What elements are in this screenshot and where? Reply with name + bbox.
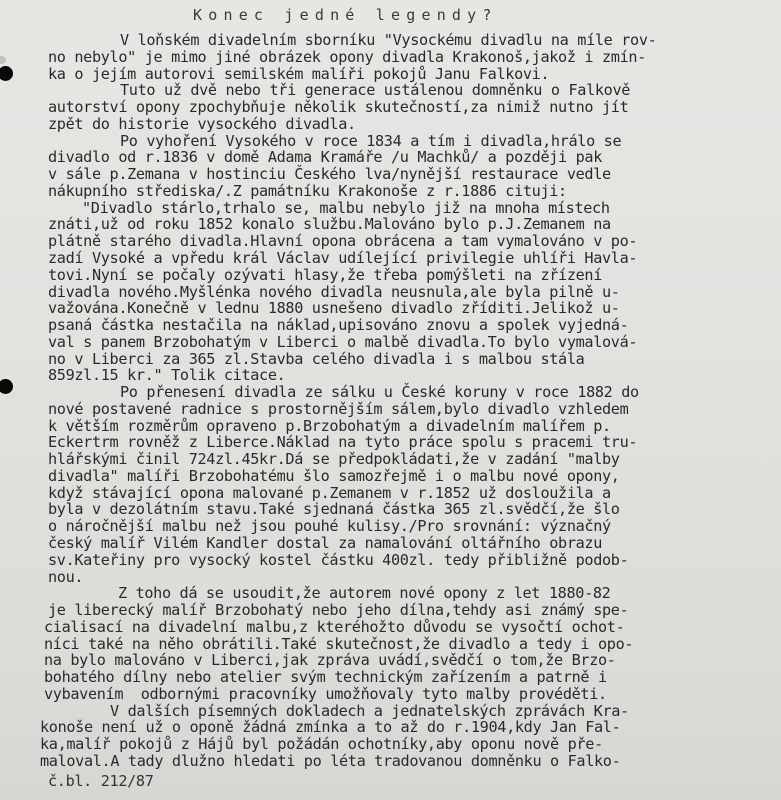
punch-hole-bottom xyxy=(0,379,13,394)
document-title: Konec jedné legendy? xyxy=(193,6,498,24)
text-line: nou. xyxy=(48,567,83,587)
punch-hole-top xyxy=(0,66,13,81)
text-line: maloval.A tady dlužno hledati po léta tr… xyxy=(40,751,620,771)
text-line: sv.Kateřiny pro vysocký kostel částku 40… xyxy=(48,550,628,570)
typewritten-page: Konec jedné legendy? V loňském divadelní… xyxy=(0,0,781,800)
punch-hole-mark xyxy=(0,56,6,64)
page-reference: č.bl. 212/87 xyxy=(48,771,154,791)
